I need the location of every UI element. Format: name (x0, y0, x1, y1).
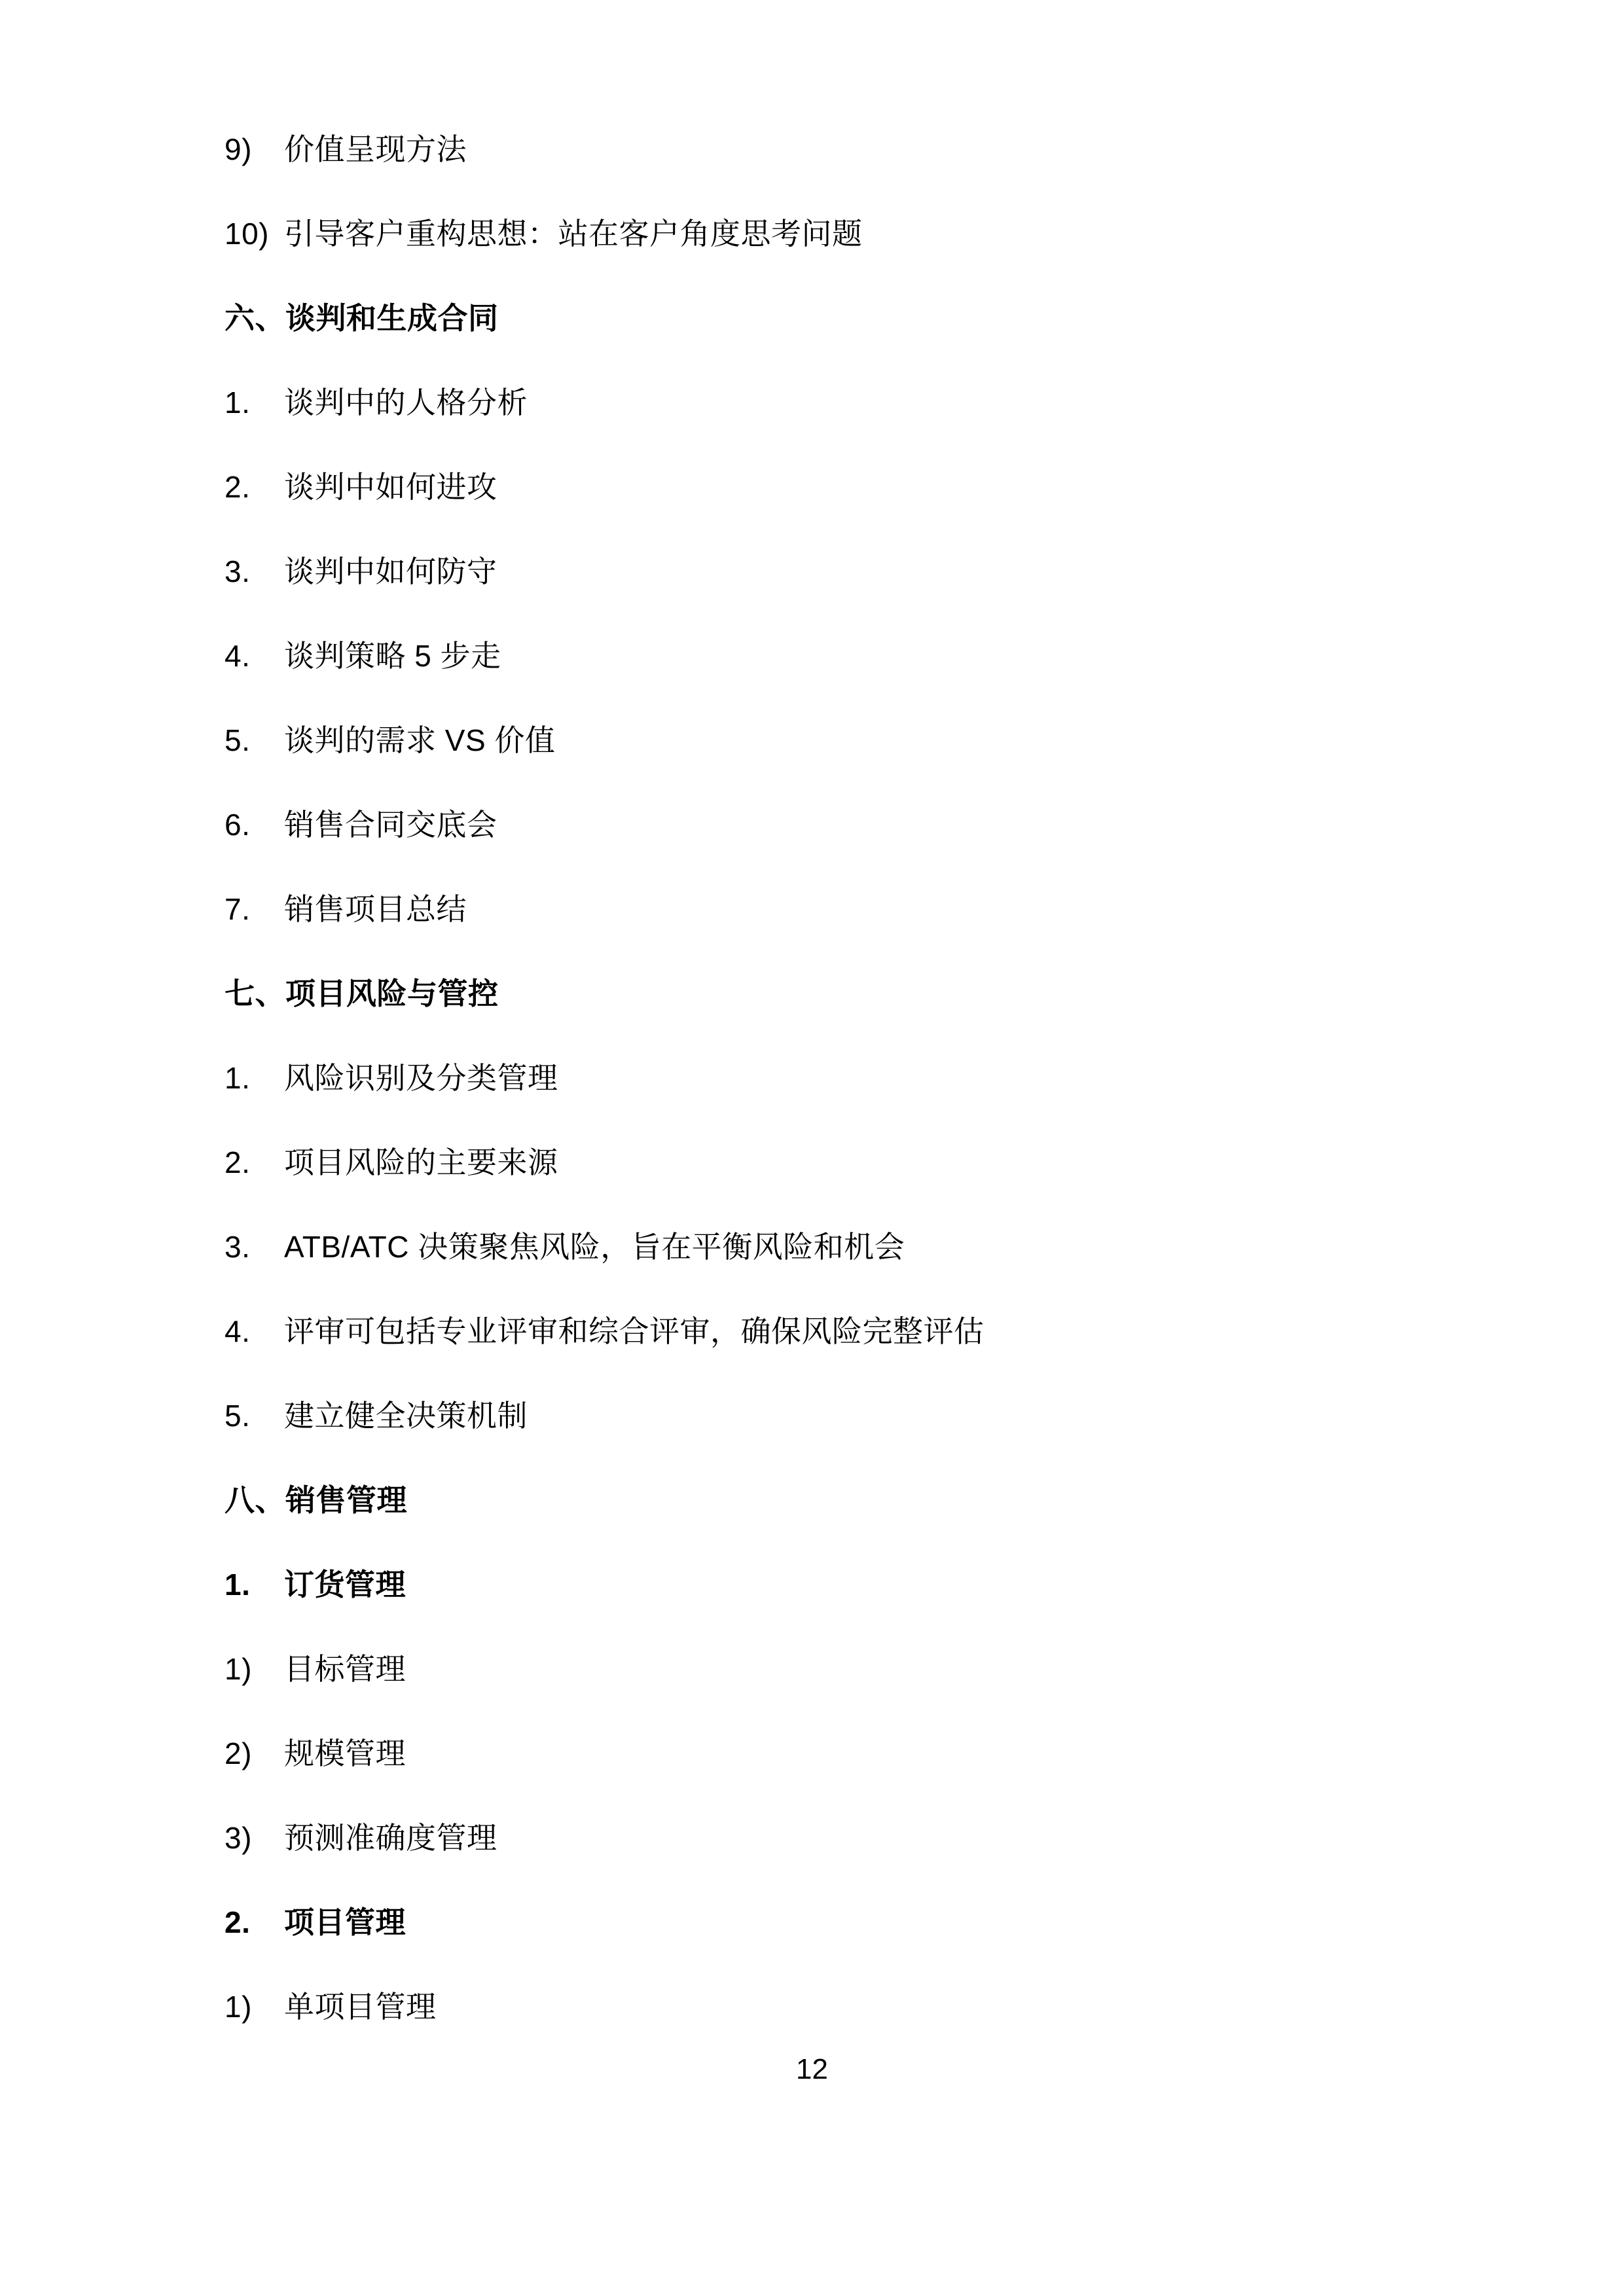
item-marker: 七、 (225, 952, 285, 1036)
item-text: 建立健全决策机制 (284, 1374, 528, 1458)
outline-item: 4.评审可包括专业评审和综合评审，确保风险完整评估 (225, 1289, 1454, 1374)
item-text: 预测准确度管理 (284, 1796, 497, 1880)
outline-item: 7.销售项目总结 (225, 867, 1454, 952)
outline-item: 9)价值呈现方法 (225, 107, 1454, 192)
item-text: 订货管理 (284, 1543, 406, 1627)
item-text: 引导客户重构思想：站在客户角度思考问题 (284, 192, 863, 276)
item-marker: 3) (225, 1796, 284, 1880)
item-text: 谈判的需求 VS 价值 (284, 698, 555, 783)
item-text: 项目风险的主要来源 (284, 1121, 558, 1205)
page-number: 12 (0, 2050, 1624, 2089)
item-text: ATB/ATC 决策聚焦风险，旨在平衡风险和机会 (284, 1205, 905, 1289)
item-marker: 1. (225, 1543, 284, 1627)
item-text: 谈判和生成合同 (285, 276, 499, 361)
item-text: 风险识别及分类管理 (284, 1036, 558, 1121)
item-marker: 1. (225, 1036, 284, 1121)
item-text: 项目风险与管控 (285, 952, 499, 1036)
item-text: 销售项目总结 (284, 867, 467, 952)
outline-item: 10)引导客户重构思想：站在客户角度思考问题 (225, 192, 1454, 276)
item-text: 销售管理 (285, 1458, 407, 1543)
item-marker: 7. (225, 867, 284, 952)
outline-item: 6.销售合同交底会 (225, 783, 1454, 867)
item-marker: 6. (225, 783, 284, 867)
item-text: 谈判中的人格分析 (284, 361, 528, 445)
outline-item: 3.谈判中如何防守 (225, 529, 1454, 614)
outline-heading: 八、销售管理 (225, 1458, 1454, 1543)
outline-item: 2.项目风险的主要来源 (225, 1121, 1454, 1205)
item-marker: 4. (225, 1289, 284, 1374)
outline-item: 1)目标管理 (225, 1627, 1454, 1712)
outline-item: 1.谈判中的人格分析 (225, 361, 1454, 445)
item-marker: 1) (225, 1965, 284, 2049)
item-text: 评审可包括专业评审和综合评审，确保风险完整评估 (284, 1289, 984, 1374)
item-marker: 2. (225, 1121, 284, 1205)
outline-item: 1.风险识别及分类管理 (225, 1036, 1454, 1121)
item-marker: 八、 (225, 1458, 285, 1543)
item-marker: 2. (225, 445, 284, 529)
item-text: 谈判中如何防守 (284, 529, 497, 614)
item-marker: 2) (225, 1712, 284, 1796)
outline-item: 1)单项目管理 (225, 1965, 1454, 2049)
item-marker: 六、 (225, 276, 285, 361)
document-page: 9)价值呈现方法10)引导客户重构思想：站在客户角度思考问题六、谈判和生成合同1… (0, 0, 1624, 2296)
item-text: 谈判策略 5 步走 (284, 614, 501, 698)
item-marker: 3. (225, 1205, 284, 1289)
outline-item: 1.订货管理 (225, 1543, 1454, 1627)
item-text: 销售合同交底会 (284, 783, 497, 867)
item-marker: 2. (225, 1880, 284, 1965)
item-marker: 9) (225, 107, 284, 192)
outline-item: 2)规模管理 (225, 1712, 1454, 1796)
item-text: 规模管理 (284, 1712, 406, 1796)
outline-heading: 六、谈判和生成合同 (225, 276, 1454, 361)
outline-item: 3)预测准确度管理 (225, 1796, 1454, 1880)
item-marker: 1) (225, 1627, 284, 1712)
outline-heading: 七、项目风险与管控 (225, 952, 1454, 1036)
item-marker: 3. (225, 529, 284, 614)
outline-item: 2.项目管理 (225, 1880, 1454, 1965)
item-marker: 5. (225, 1374, 284, 1458)
outline-list: 9)价值呈现方法10)引导客户重构思想：站在客户角度思考问题六、谈判和生成合同1… (225, 107, 1454, 2049)
outline-item: 2.谈判中如何进攻 (225, 445, 1454, 529)
outline-item: 3.ATB/ATC 决策聚焦风险，旨在平衡风险和机会 (225, 1205, 1454, 1289)
item-marker: 1. (225, 361, 284, 445)
item-text: 项目管理 (284, 1880, 406, 1965)
item-text: 谈判中如何进攻 (284, 445, 497, 529)
outline-item: 4.谈判策略 5 步走 (225, 614, 1454, 698)
outline-item: 5.谈判的需求 VS 价值 (225, 698, 1454, 783)
item-text: 目标管理 (284, 1627, 406, 1712)
item-marker: 4. (225, 614, 284, 698)
item-text: 价值呈现方法 (284, 107, 467, 192)
outline-item: 5.建立健全决策机制 (225, 1374, 1454, 1458)
item-text: 单项目管理 (284, 1965, 437, 2049)
item-marker: 10) (225, 192, 284, 276)
item-marker: 5. (225, 698, 284, 783)
